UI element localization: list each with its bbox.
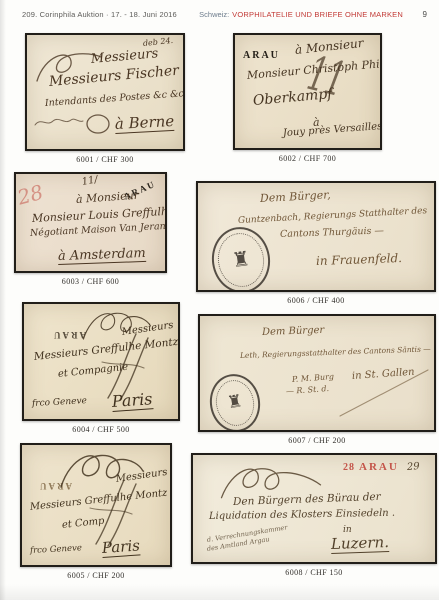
flourish-oval [85, 113, 111, 135]
arau-stamp-red: ARAU [359, 462, 399, 473]
cover-image: 28 ARAU 29 Den Bürgern des Bürau der Liq… [191, 453, 437, 564]
lot-caption: 6001 / CHF 300 [25, 155, 185, 164]
address-line: Cantons Thurgäuis — [280, 226, 384, 239]
cover-image: 28 11/ ARAU à Monsieur Monsieur Louis Gr… [14, 172, 167, 273]
cover-image: ARAU à Monsieur Monsieur Christoph Phili… [233, 33, 382, 150]
destination-line: Paris [101, 538, 140, 558]
lot-caption: 6007 / CHF 200 [198, 436, 436, 445]
lot-caption: 6004 / CHF 500 [22, 425, 180, 434]
franco-note: frco Geneve [32, 397, 87, 409]
postal-seal: ♜ [205, 370, 264, 432]
page-number: 9 [423, 10, 427, 19]
page-header: 209. Corinphila Auktion · 17. - 18. Juni… [0, 10, 439, 24]
destination-line: Paris [111, 391, 153, 412]
cover-image: ARAU Messieurs Messieurs Greffulhe Montz… [22, 302, 180, 421]
lot-caption: 6002 / CHF 700 [233, 154, 382, 163]
destination-line: à Amsterdam [58, 247, 146, 265]
cover-image: deb 24. Messieurs Messieurs Fischer Inte… [25, 33, 185, 151]
postal-seal: ♜ [208, 223, 275, 292]
address-line: Négotiant Maison Van Jeran [30, 222, 166, 239]
lot-6003: 28 11/ ARAU à Monsieur Monsieur Louis Gr… [14, 172, 167, 286]
scribble-decoration [33, 115, 85, 131]
section-heading: Schweiz:VORPHILATELIE UND BRIEFE OHNE MA… [199, 10, 403, 19]
destination-line: Luzern. [331, 535, 390, 554]
lot-6005: ARAU Messieurs Messieurs Greffulhe Montz… [20, 443, 172, 580]
lot-6008: 28 ARAU 29 Den Bürgern des Bürau der Liq… [191, 453, 437, 577]
lot-caption: 6006 / CHF 400 [196, 296, 436, 305]
address-line: Guntzenbach, Regierungs Statthalter des [238, 207, 428, 226]
stamp-suffix-note: 29 [407, 462, 420, 473]
rate-mark-red: 28 [15, 182, 45, 208]
lot-6007: Dem Bürger Leth, Regierungsstatthalter d… [198, 314, 436, 445]
stamp-prefix: 28 [343, 463, 355, 473]
catalog-title: 209. Corinphila Auktion · 17. - 18. Juni… [22, 10, 177, 19]
destination-line: in Frauenfeld. [316, 252, 402, 267]
stroke-decoration [336, 364, 432, 420]
lot-caption: 6008 / CHF 150 [191, 568, 437, 577]
franco-note: frco Geneve [30, 544, 82, 555]
lot-6004: ARAU Messieurs Messieurs Greffulhe Montz… [22, 302, 180, 434]
signature-line: — R. St. d. [286, 385, 330, 396]
rate-mark: 11/ [81, 175, 99, 188]
cover-image: Dem Bürger, Guntzenbach, Regierungs Stat… [196, 181, 436, 292]
destination-line: à Berne [115, 114, 175, 134]
address-line: à Monsieur [76, 190, 140, 205]
lot-caption: 6005 / CHF 200 [20, 571, 172, 580]
cover-image: ARAU Messieurs Messieurs Greffulhe Montz… [20, 443, 172, 567]
address-line: Dem Bürger [262, 326, 325, 338]
section-prefix: Schweiz: [199, 10, 229, 19]
rate-mark: 11 [303, 50, 349, 105]
arau-stamp: ARAU [243, 51, 280, 61]
section-title: VORPHILATELIE UND BRIEFE OHNE MARKEN [232, 10, 403, 19]
lot-6001: deb 24. Messieurs Messieurs Fischer Inte… [25, 33, 185, 164]
signature-line: P. M. Burg [292, 373, 335, 384]
lot-6002: ARAU à Monsieur Monsieur Christoph Phili… [233, 33, 382, 163]
cover-image: Dem Bürger Leth, Regierungsstatthalter d… [198, 314, 436, 432]
address-line: Leth, Regierungsstatthalter des Cantons … [240, 345, 431, 359]
lot-6006: Dem Bürger, Guntzenbach, Regierungs Stat… [196, 181, 436, 305]
lot-caption: 6003 / CHF 600 [14, 277, 167, 286]
address-line: Intendants des Postes &c &c [45, 89, 184, 108]
address-line: Liquidation des Klosters Einsiedeln . [209, 509, 395, 522]
destination-line: Jouy près Versailles [283, 122, 382, 139]
address-line: Dem Bürger, [260, 189, 331, 204]
catalog-page: 209. Corinphila Auktion · 17. - 18. Juni… [0, 0, 439, 600]
